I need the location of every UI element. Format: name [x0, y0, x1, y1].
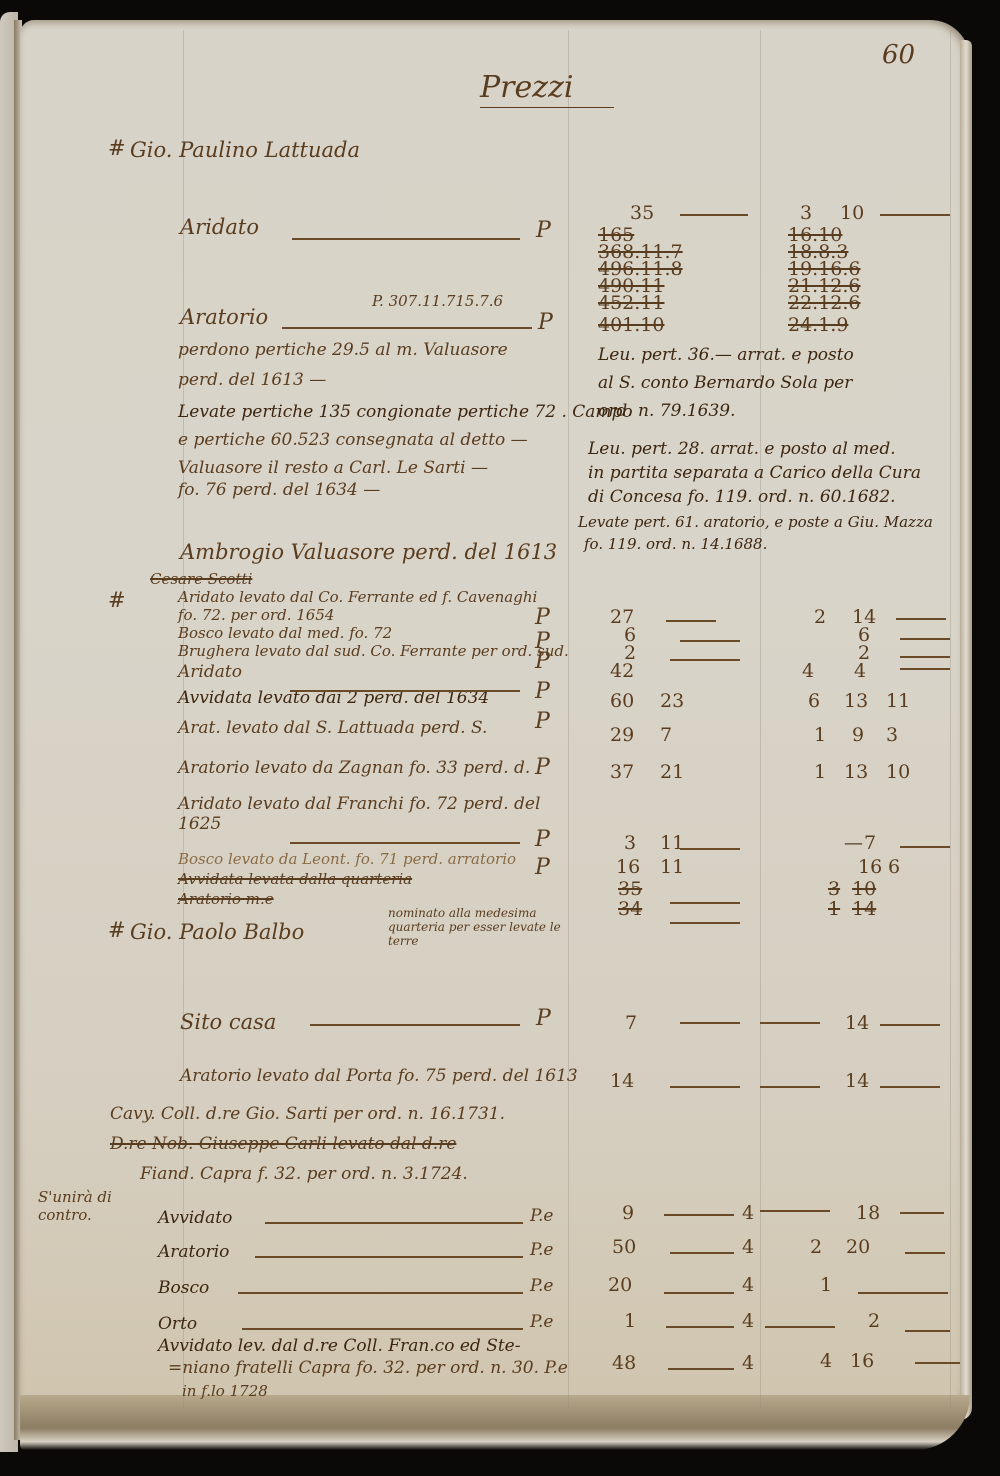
item-label: Bosco levato dal med. fo. 72 — [178, 624, 392, 642]
leader-line — [896, 618, 946, 620]
item-label: Avvidato — [158, 1208, 232, 1228]
leader-line — [760, 1086, 820, 1088]
leader-line — [680, 1022, 740, 1024]
margin-note: nominato alla medesima quarteria per ess… — [388, 906, 578, 948]
leader-line — [905, 1330, 950, 1332]
item-label: Aratorio levato dal Porta fo. 75 perd. d… — [180, 1066, 578, 1086]
item-label: Orto — [158, 1314, 197, 1334]
leader-line — [670, 922, 740, 924]
item-label: Bosco levato da Leont. fo. 71 perd. arra… — [178, 850, 516, 868]
value: 14 — [610, 1070, 634, 1092]
leader-line — [292, 238, 520, 240]
leader-line — [760, 1022, 820, 1024]
item-label: Aridato levato dal Co. Ferrante ed f. Ca… — [178, 588, 548, 624]
struck-owner-name: Cesare Scotti — [150, 570, 252, 588]
leader-line — [310, 1024, 520, 1026]
leader-line — [668, 1368, 734, 1370]
leader-line — [664, 1292, 734, 1294]
leader-line — [680, 640, 740, 642]
leader-line — [242, 1328, 523, 1330]
leader-line — [670, 1252, 734, 1254]
item-extra: P. 307.11.715.7.6 — [372, 292, 503, 310]
column-rule — [760, 30, 761, 1410]
value: 14 — [845, 1070, 869, 1092]
leader-line — [680, 214, 748, 216]
leader-line — [905, 1252, 945, 1254]
item-label: Aratorio — [180, 305, 268, 329]
item-label: Avvidato lev. dal d.re Coll. Fran.co ed … — [158, 1336, 520, 1356]
value: 7 — [625, 1012, 637, 1034]
item-label: Aratorio levato da Zagnan fo. 33 perd. d… — [178, 758, 530, 778]
leader-line — [664, 1214, 734, 1216]
leader-line — [666, 1326, 734, 1328]
item-label: Brughera levato dal sud. Co. Ferrante pe… — [178, 642, 569, 660]
leader-line — [670, 1086, 740, 1088]
page-heading: Prezzi — [480, 70, 614, 108]
note-line: in f.lo 1728 — [182, 1382, 268, 1400]
item-label: Aridato — [178, 662, 242, 682]
leader-line — [238, 1292, 523, 1294]
leader-line — [290, 842, 520, 844]
note-line: =niano fratelli Capra fo. 32. per ord. n… — [168, 1358, 568, 1378]
value: 35 — [630, 202, 654, 224]
leader-line — [680, 848, 740, 850]
item-label: Arat. levato dal S. Lattuada perd. S. — [178, 718, 487, 738]
item-label: Aridato — [180, 215, 259, 239]
leader-line — [900, 656, 950, 658]
folio-number: 60 — [882, 40, 915, 70]
item-label: Aridato levato dal Franchi fo. 72 perd. … — [178, 794, 548, 834]
unit-mark: P — [536, 1006, 551, 1031]
leader-line — [765, 1326, 835, 1328]
item-label: Aratorio — [158, 1242, 229, 1262]
leader-line — [670, 659, 740, 661]
leader-line — [858, 1292, 948, 1294]
page-bottom-fold — [20, 1395, 970, 1450]
leader-line — [282, 327, 532, 329]
value: 3 — [800, 202, 812, 224]
unit-mark: P — [538, 310, 553, 335]
leader-line — [880, 1086, 940, 1088]
page-fore-edge — [960, 40, 972, 1420]
leader-line — [265, 1222, 523, 1224]
owner-name: Gio. Paulino Lattuada — [130, 138, 360, 162]
leader-line — [670, 902, 740, 904]
leader-line — [900, 668, 950, 670]
owner-name: Ambrogio Valuasore perd. del 1613 — [180, 540, 557, 564]
item-label: Avvidata levata dalla quarteria — [178, 870, 412, 888]
leader-line — [900, 1212, 944, 1214]
entry-marker: # — [108, 918, 126, 942]
entry-marker: # — [108, 136, 126, 160]
leader-line — [915, 1362, 960, 1364]
value: 14 — [845, 1012, 869, 1034]
column-rule — [568, 30, 569, 1410]
item-label: Aratorio m.e — [178, 890, 274, 908]
value: 10 — [840, 202, 864, 224]
leader-line — [255, 1256, 523, 1258]
leader-line — [900, 846, 950, 848]
unit-mark: P — [536, 218, 551, 243]
item-label: Sito casa — [180, 1010, 276, 1034]
item-label: Bosco — [158, 1278, 209, 1298]
leader-line — [900, 638, 950, 640]
leader-line — [880, 1024, 940, 1026]
leader-line — [760, 1210, 830, 1212]
leader-line — [666, 620, 716, 622]
leader-line — [880, 214, 950, 216]
entry-marker: # — [108, 588, 126, 612]
leader-line — [290, 690, 520, 692]
owner-name: Gio. Paolo Balbo — [130, 920, 304, 944]
column-rule — [950, 30, 951, 1410]
margin-note: S'unirà di contro. — [38, 1188, 128, 1224]
